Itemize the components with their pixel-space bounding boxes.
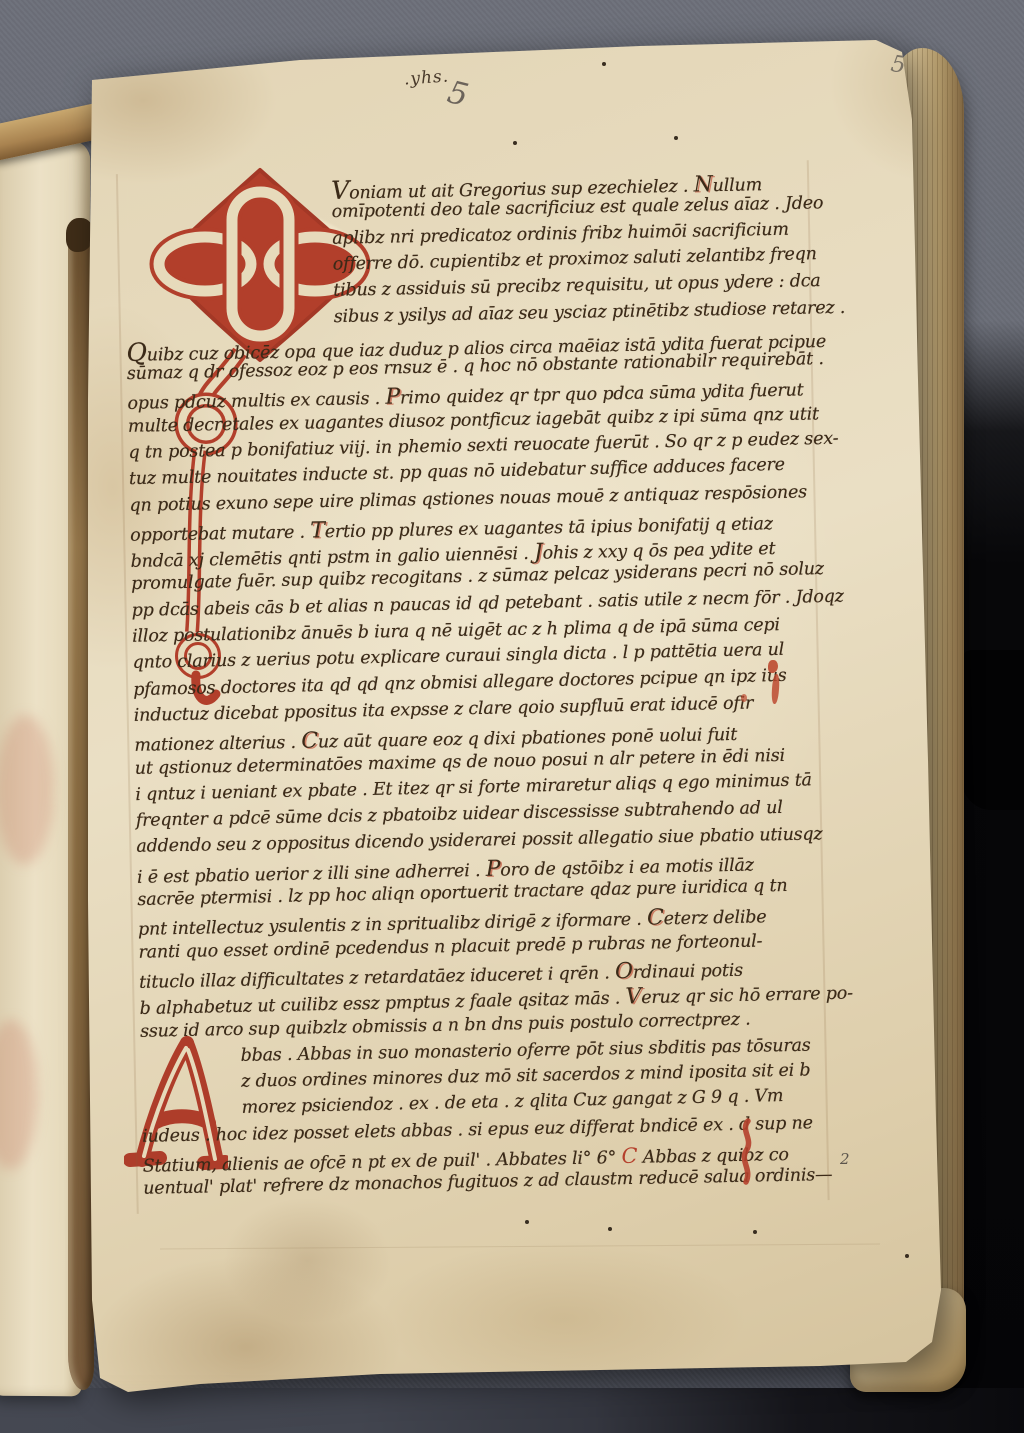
red-margin-squiggle	[737, 1118, 761, 1192]
ink-dot	[753, 1230, 757, 1234]
ink-dot	[513, 141, 517, 145]
ink-dot	[525, 1220, 529, 1224]
ink-dot	[674, 136, 678, 140]
ink-dot	[608, 1227, 612, 1231]
manuscript-text-block: Voniam ut ait Gregorius sup ezechielez .…	[123, 166, 849, 1206]
ruling-line-bottom	[160, 1243, 880, 1249]
red-ink-spot	[741, 694, 747, 702]
ink-dot	[602, 62, 606, 66]
manuscript-page: .yhs. 5 5 2	[0, 0, 1024, 1433]
ihs-monogram: .yhs.	[403, 66, 449, 89]
manuscript-page-wrap: .yhs. 5 5 2	[0, 0, 1024, 1433]
pencil-folio-number-corner: 5	[889, 51, 908, 79]
photo-stage: 5 .yhs. 5 5 2	[0, 0, 1024, 1433]
ink-dot	[905, 1254, 909, 1258]
